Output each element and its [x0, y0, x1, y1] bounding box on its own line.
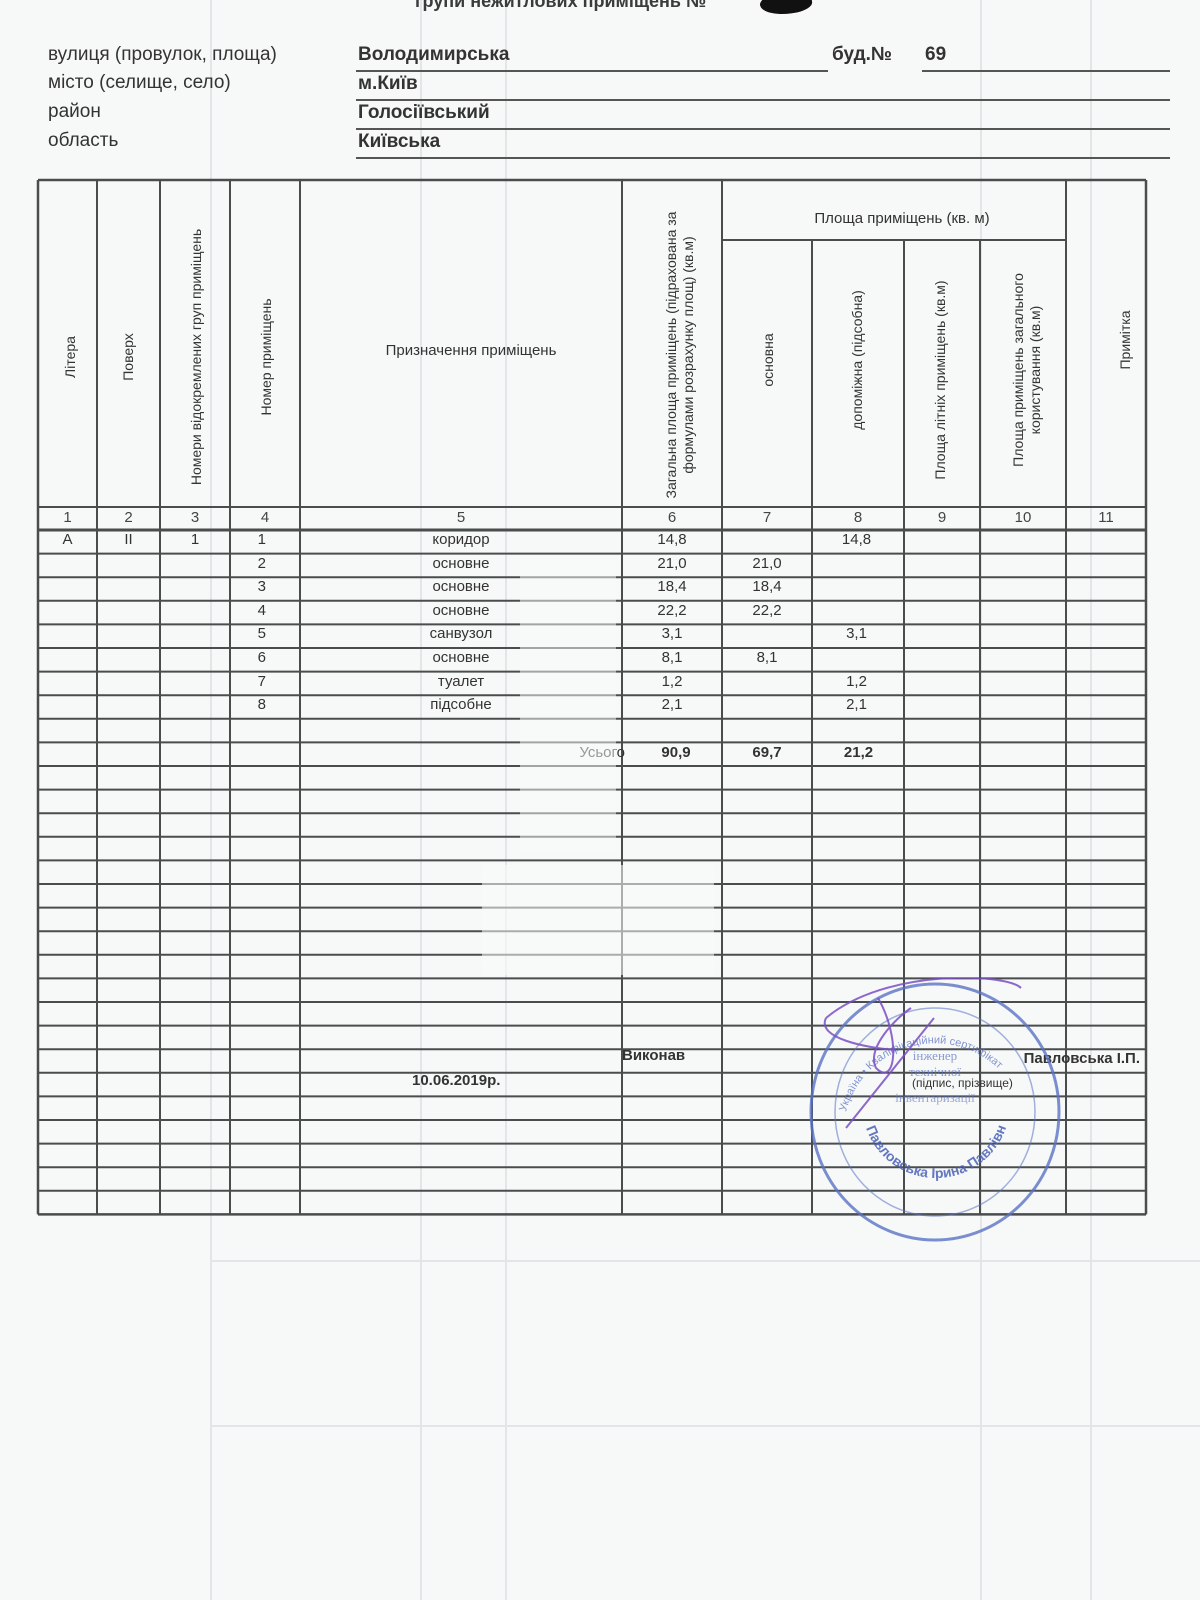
header-purpose: Призначення приміщень: [306, 342, 636, 359]
header-room-number: Номер приміщень: [236, 197, 296, 517]
cell-total: 22,2: [622, 602, 722, 619]
cell-total: 18,4: [622, 578, 722, 595]
column-number: 1: [38, 509, 97, 526]
cell-main: 22,2: [724, 602, 810, 619]
column-number: 6: [622, 509, 722, 526]
column-number: 4: [230, 509, 300, 526]
column-number: 3: [160, 509, 230, 526]
cell-total: 2,1: [622, 696, 722, 713]
cell-litera: А: [38, 531, 97, 548]
header-group-numbers: Номери відокремлених груп приміщень: [166, 197, 226, 517]
cell-total: 21,0: [622, 555, 722, 572]
column-number: 2: [97, 509, 160, 526]
svg-text:інвентаризації: інвентаризації: [895, 1090, 975, 1105]
column-number: 7: [722, 509, 812, 526]
header-area-group: Площа приміщень (кв. м): [740, 210, 1064, 227]
svg-text:технічної: технічної: [909, 1064, 961, 1079]
column-number: 11: [1066, 509, 1146, 526]
column-number: 5: [300, 509, 622, 526]
cell-total: 14,8: [622, 531, 722, 548]
cell-total: 3,1: [622, 625, 722, 642]
cell-aux: 1,2: [809, 673, 904, 690]
cell-room: 4: [230, 602, 266, 619]
cell-room: 5: [230, 625, 266, 642]
svg-text:Павловська Ірина Павлівна: Павловська Ірина Павлівна: [806, 978, 1009, 1181]
document-date: 10.06.2019р.: [412, 1072, 500, 1089]
aux-area-sum: 21,2: [812, 744, 905, 761]
header-aux-area: допоміжна (підсобна): [837, 220, 877, 500]
column-number: 8: [812, 509, 904, 526]
header-floor: Поверх: [98, 197, 158, 517]
cell-floor: II: [97, 531, 160, 548]
cell-group: 1: [160, 531, 230, 548]
total-area-sum: 90,9: [632, 744, 720, 761]
header-litera: Літера: [40, 197, 100, 517]
header-main-area: основна: [748, 220, 788, 500]
scan-artifact: [482, 865, 714, 975]
scan-artifact: [520, 560, 616, 850]
cell-aux: 2,1: [809, 696, 904, 713]
cell-main: 8,1: [724, 649, 810, 666]
cell-room: 2: [230, 555, 266, 572]
cell-room: 3: [230, 578, 266, 595]
stamp-name-text: Павловська Ірина Павлівна: [806, 978, 1009, 1181]
column-number: 9: [904, 509, 980, 526]
cell-room: 8: [230, 696, 266, 713]
cell-total: 8,1: [622, 649, 722, 666]
main-area-sum: 69,7: [723, 744, 811, 761]
performed-label: Виконав: [622, 1047, 685, 1064]
header-summer-area: Площа літніх приміщень (кв.м): [920, 240, 960, 520]
cell-total: 1,2: [622, 673, 722, 690]
official-stamp: Україна • Кваліфікаційний сертифікат Пав…: [806, 978, 1064, 1246]
header-note: Примітка: [1105, 180, 1145, 500]
cell-main: 21,0: [724, 555, 810, 572]
cell-purpose: коридор: [300, 531, 622, 548]
cell-aux: 14,8: [809, 531, 904, 548]
cell-room: 6: [230, 649, 266, 666]
column-number: 10: [980, 509, 1066, 526]
header-total-area: Загальна площа приміщень (підрахована за…: [640, 195, 720, 515]
header-common-area: Площа приміщень загального користування …: [997, 230, 1057, 510]
cell-aux: 3,1: [809, 625, 904, 642]
cell-room: 1: [230, 531, 266, 548]
cell-main: 18,4: [724, 578, 810, 595]
cell-room: 7: [230, 673, 266, 690]
svg-text:інженер: інженер: [913, 1048, 957, 1063]
